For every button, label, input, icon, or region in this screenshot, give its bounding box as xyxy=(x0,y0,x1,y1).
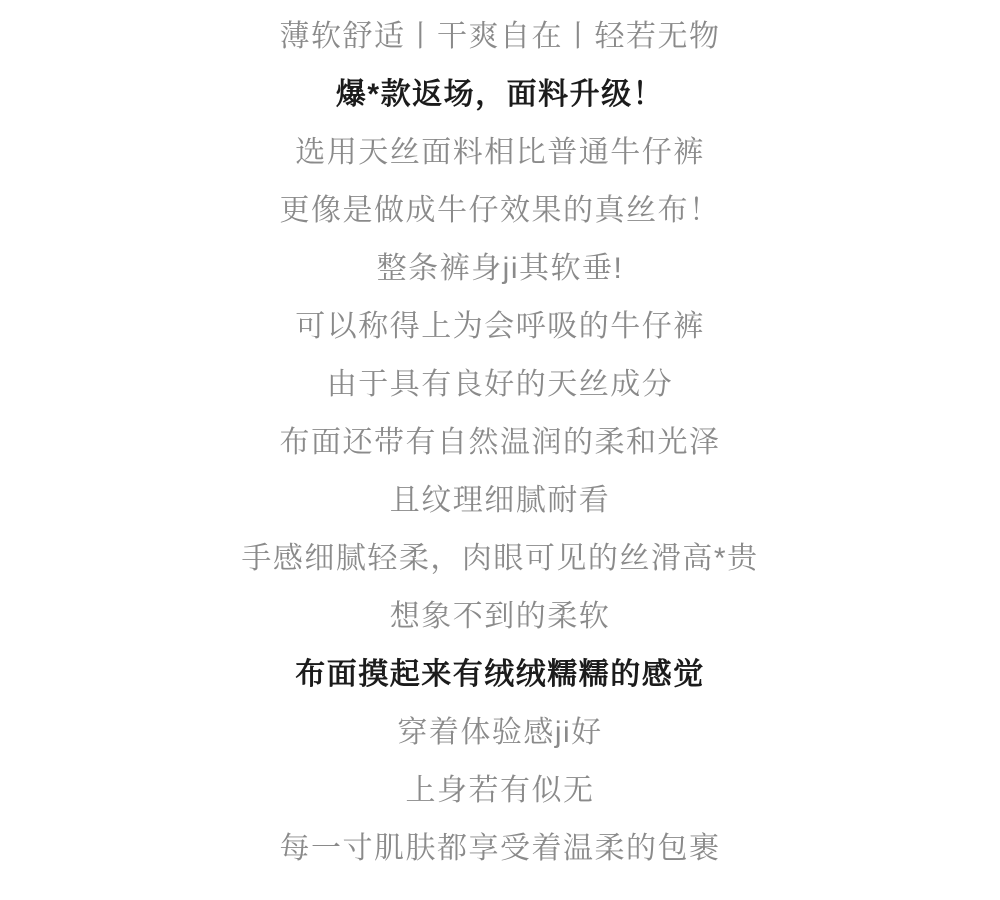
tagline-line: 薄软舒适丨干爽自在丨轻若无物 xyxy=(0,4,1000,62)
headline-line: 爆*款返场，面料升级！ xyxy=(0,62,1000,120)
emphasis-line: 布面摸起来有绒绒糯糯的感觉 xyxy=(0,642,1000,700)
text-line: 选用天丝面料相比普通牛仔裤 xyxy=(0,120,1000,178)
text-line: 穿着体验感ji好 xyxy=(0,700,1000,758)
text-line: 且纹理细腻耐看 xyxy=(0,468,1000,526)
product-description-page: 薄软舒适丨干爽自在丨轻若无物 爆*款返场，面料升级！ 选用天丝面料相比普通牛仔裤… xyxy=(0,0,1000,900)
text-line: 想象不到的柔软 xyxy=(0,584,1000,642)
text-line: 布面还带有自然温润的柔和光泽 xyxy=(0,410,1000,468)
text-line: 上身若有似无 xyxy=(0,758,1000,816)
text-line: 手感细腻轻柔，肉眼可见的丝滑高*贵 xyxy=(0,526,1000,584)
text-line: 整条裤身ji其软垂! xyxy=(0,236,1000,294)
text-line: 可以称得上为会呼吸的牛仔裤 xyxy=(0,294,1000,352)
text-line: 由于具有良好的天丝成分 xyxy=(0,352,1000,410)
text-line: 更像是做成牛仔效果的真丝布！ xyxy=(0,178,1000,236)
text-line: 每一寸肌肤都享受着温柔的包裹 xyxy=(0,816,1000,874)
